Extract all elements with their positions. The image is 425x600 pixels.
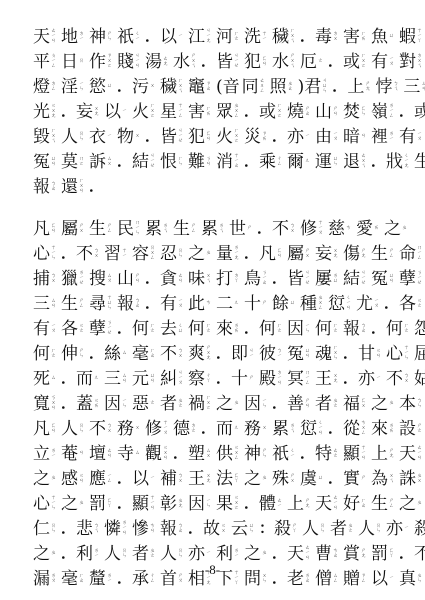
hanzi: 魂 <box>315 344 332 364</box>
hanzi: 愛 <box>356 219 373 239</box>
hanzi: 以 <box>160 27 177 47</box>
annotated-character: 訴ㄙㄨ <box>89 152 115 172</box>
annotated-character: 之ㄓ <box>188 244 214 264</box>
annotated-character: 務ㄨ <box>244 419 270 439</box>
annotated-character: 鳥ㄋㄧㄠ <box>244 269 270 289</box>
hanzi: 同 <box>242 77 259 97</box>
punctuation: ． <box>61 391 76 416</box>
annotated-character: 凡ㄈㄢ <box>259 244 285 264</box>
zhuyin-annotation: ㄕㄢ <box>333 107 341 117</box>
punctuation: ． <box>216 366 231 391</box>
zhuyin-annotation: ㄏㄞ <box>206 107 214 117</box>
zhuyin-annotation: ㄑㄩ <box>178 324 186 334</box>
zhuyin-annotation: ㄦ <box>94 376 102 381</box>
hanzi: 暗 <box>343 127 360 147</box>
annotated-character: 或ㄏㄨㄛ <box>259 102 285 122</box>
annotated-character: 王ㄨㄤ <box>315 369 341 389</box>
zhuyin-annotation: ㄩ <box>389 34 397 39</box>
annotated-character: 天ㄊㄧㄢ <box>287 544 313 564</box>
hanzi: 糾 <box>160 369 177 389</box>
annotated-character: 人ㄖㄣ <box>160 544 186 564</box>
annotated-character: 修ㄒㄧㄡ <box>300 219 326 239</box>
hanzi: 對 <box>399 52 416 72</box>
zhuyin-annotation: ㄍㄜ <box>417 299 425 309</box>
hanzi: 以 <box>104 102 121 122</box>
annotated-character: 報ㄅㄠ <box>343 319 369 339</box>
zhuyin-annotation: ㄊㄢ <box>107 449 115 459</box>
annotated-character: 為ㄨㄟ <box>371 469 397 489</box>
hanzi: 之 <box>33 544 50 564</box>
annotated-character: 災ㄗㄞ <box>244 127 270 147</box>
zhuyin-annotation: ㄕㄣ <box>107 32 115 42</box>
zhuyin-annotation: ㄧ <box>178 34 186 39</box>
annotated-character: 害ㄏㄞ <box>343 27 369 47</box>
punctuation: ． <box>201 416 216 441</box>
hanzi: 察 <box>188 369 205 389</box>
annotated-character: 曹ㄘㄠ <box>315 544 341 564</box>
hanzi: 或 <box>259 102 276 122</box>
zhuyin-annotation: ㄧ <box>376 376 384 381</box>
hanzi: 來 <box>371 419 388 439</box>
hanzi: 湯 <box>145 52 162 72</box>
annotated-character: 感ㄍㄢ <box>61 469 87 489</box>
annotated-character: 上ㄕㄤ <box>287 494 313 514</box>
punctuation: ． <box>343 366 358 391</box>
zhuyin-annotation: ㄩ <box>107 84 115 89</box>
zhuyin-annotation: ㄓ <box>234 401 242 406</box>
hanzi: 之 <box>384 219 401 239</box>
annotated-character: 慾ㄩ <box>89 77 115 97</box>
punctuation: ． <box>61 366 76 391</box>
zhuyin-annotation: ㄕㄤ <box>361 549 369 559</box>
hanzi: 惡 <box>132 394 149 414</box>
zhuyin-annotation: ㄊㄤ <box>163 57 171 67</box>
annotated-character: 難ㄋㄢ <box>188 152 214 172</box>
hanzi: 皆 <box>216 52 233 72</box>
annotated-character: 害ㄏㄞ <box>188 102 214 122</box>
annotated-character: 犯ㄈㄢ <box>244 52 270 72</box>
zhuyin-annotation: ㄩ <box>290 301 298 306</box>
annotated-character: 法ㄈㄚ <box>216 469 242 489</box>
zhuyin-annotation: ㄅㄨ <box>404 374 412 384</box>
annotated-character: 衣ㄧ <box>89 127 115 147</box>
hanzi: 有 <box>33 319 50 339</box>
zhuyin-annotation: ㄑㄧㄤ <box>404 154 412 169</box>
annotated-character: 慘ㄘㄢ <box>132 519 158 539</box>
annotated-character: 心ㄒㄧㄣ <box>33 494 59 514</box>
zhuyin-annotation: ㄅㄨ <box>94 249 102 259</box>
hanzi: 還 <box>61 177 78 197</box>
zhuyin-annotation: ㄌㄟ <box>290 424 298 434</box>
hanzi: 魚 <box>371 27 388 47</box>
hanzi: 天 <box>399 444 416 464</box>
hanzi: 凡 <box>259 244 276 264</box>
annotated-character: 還ㄏㄨㄢ <box>61 177 87 197</box>
hanzi: 設 <box>399 419 416 439</box>
hanzi: 有 <box>371 52 388 72</box>
hanzi: 十 <box>244 294 261 314</box>
zhuyin-annotation: ㄐㄧㄝ <box>305 271 313 286</box>
zhuyin-annotation: ㄕㄤ <box>365 82 373 92</box>
hanzi: 訴 <box>89 152 106 172</box>
annotated-character: 元ㄩㄢ <box>132 369 158 389</box>
annotated-character: 退ㄊㄨㄟ <box>343 152 369 172</box>
hanzi: 竈 <box>188 77 205 97</box>
hanzi: 塑 <box>188 444 205 464</box>
annotated-character: 悲ㄅㄟ <box>76 519 102 539</box>
hanzi: 愆 <box>328 294 345 314</box>
hanzi: 感 <box>61 469 78 489</box>
annotated-character: 有ㄧㄡ <box>33 319 59 339</box>
hanzi: 眾 <box>216 102 233 122</box>
hanzi: 故 <box>203 519 220 539</box>
hanzi: 人 <box>61 127 78 147</box>
zhuyin-annotation: ㄙㄨ <box>206 449 214 459</box>
page-number: -8- <box>0 562 425 578</box>
zhuyin-annotation: ㄏㄨㄛ <box>150 104 158 119</box>
zhuyin-annotation: ㄐㄧㄝ <box>150 154 158 169</box>
annotated-character: 上ㄕㄤ <box>347 77 373 97</box>
hanzi: 何 <box>132 319 149 339</box>
zhuyin-annotation: ㄙㄨ <box>107 157 115 167</box>
annotated-character: 姑ㄍㄨ <box>414 369 425 389</box>
zhuyin-annotation: ㄒㄩㄣ <box>107 296 115 311</box>
annotated-character: 竈ㄗㄠ <box>188 77 214 97</box>
hanzi: 害 <box>343 27 360 47</box>
zhuyin-annotation: ㄖㄣ <box>51 524 59 534</box>
annotated-character: 何ㄏㄜ <box>33 344 59 364</box>
zhuyin-annotation: ㄉㄥ <box>51 82 59 92</box>
zhuyin-annotation: ㄕㄨㄟ <box>290 54 298 69</box>
annotated-character: 江ㄐㄧㄤ <box>188 27 214 47</box>
hanzi: 天 <box>315 494 332 514</box>
hanzi: 而 <box>76 369 93 389</box>
annotated-character: 因ㄧㄣ <box>188 494 214 514</box>
annotated-character: 十ㄕ <box>231 369 257 389</box>
annotated-character: 慈ㄘ <box>328 219 354 239</box>
hanzi: 十 <box>231 369 248 389</box>
hanzi: 生 <box>414 152 425 172</box>
hanzi: 務 <box>244 419 261 439</box>
hanzi: 各 <box>399 294 416 314</box>
annotated-character: 體ㄊㄧ <box>259 494 285 514</box>
zhuyin-annotation: ㄌㄧ <box>389 132 397 142</box>
annotated-character: 天ㄊㄧㄢ <box>33 27 59 47</box>
zhuyin-annotation: ㄧㄡ <box>389 57 397 67</box>
hanzi: 利 <box>216 544 233 564</box>
hanzi: 尤 <box>356 294 373 314</box>
annotated-character: 而ㄦ <box>216 419 242 439</box>
hanzi: 之 <box>216 394 233 414</box>
zhuyin-annotation: ㄕ <box>247 226 255 231</box>
annotated-character: 顯ㄒㄧㄢ <box>132 494 158 514</box>
hanzi: 蝦 <box>399 27 416 47</box>
hanzi: 彰 <box>160 494 177 514</box>
annotated-character: 凡ㄈㄢ <box>33 419 59 439</box>
hanzi: 而 <box>216 419 233 439</box>
punctuation: ． <box>117 74 132 99</box>
hanzi: 補 <box>160 469 177 489</box>
zhuyin-annotation: ㄉㄚ <box>234 274 242 284</box>
zhuyin-annotation: ㄏㄨㄛ <box>361 54 369 69</box>
hanzi: 人 <box>104 544 121 564</box>
zhuyin-annotation: ㄕㄥ <box>79 299 87 309</box>
hanzi: 二 <box>216 294 233 314</box>
punctuation: ． <box>272 391 287 416</box>
hanzi: 務 <box>117 419 134 439</box>
annotated-character: 壇ㄊㄢ <box>89 444 115 464</box>
annotated-character: 怨ㄩㄢ <box>414 319 425 339</box>
hanzi: 孽 <box>89 319 106 339</box>
hanzi: 厄 <box>300 52 317 72</box>
hanzi: 傷 <box>343 244 360 264</box>
hanzi: 山 <box>315 102 332 122</box>
hanzi: 亦 <box>358 369 375 389</box>
annotated-character: 殿ㄉㄧㄢ <box>259 369 285 389</box>
annotated-character: 嶺ㄌㄧㄥ <box>371 102 397 122</box>
annotated-character: 結ㄐㄧㄝ <box>132 152 158 172</box>
zhuyin-annotation: ㄙ <box>135 451 143 456</box>
annotated-character: 賤ㄐㄧㄢ <box>117 52 143 72</box>
zhuyin-annotation: ㄅㄠ <box>51 182 59 192</box>
zhuyin-annotation: ㄋㄢ <box>206 157 214 167</box>
annotated-character: 傷ㄕㄤ <box>343 244 369 264</box>
annotated-character: 憐ㄌㄧㄢ <box>104 519 130 539</box>
zhuyin-annotation: ㄕㄤ <box>361 249 369 259</box>
zhuyin-annotation: ㄧㄣ <box>262 399 270 409</box>
hanzi: 寺 <box>117 444 134 464</box>
annotated-character: 因ㄧㄣ <box>287 319 313 339</box>
annotated-character: 火ㄏㄨㄛ <box>132 102 158 122</box>
hanzi: 或 <box>414 102 425 122</box>
zhuyin-annotation: ㄕㄣ <box>262 449 270 459</box>
text-line: 心ㄒㄧㄣ．不ㄅㄨ習ㄒㄧ容ㄖㄨㄥ忍ㄖㄣ之ㄓ量ㄌㄧㄤ．凡ㄈㄢ屬ㄕㄨ妄ㄨㄤ傷ㄕㄤ生ㄕㄥ… <box>33 241 393 266</box>
punctuation: ． <box>117 316 132 341</box>
zhuyin-annotation: ㄑㄧ <box>290 449 298 459</box>
annotated-character: 爾ㄦ <box>287 152 313 172</box>
hanzi: 獵 <box>61 269 78 289</box>
punctuation: ． <box>89 174 104 199</box>
hanzi: 好 <box>343 494 360 514</box>
zhuyin-annotation: ㄨㄤ <box>94 107 102 117</box>
annotated-character: 厄ㄜ <box>300 52 326 72</box>
hanzi: 罰 <box>89 494 106 514</box>
hanzi: 殺 <box>274 519 291 539</box>
zhuyin-annotation: ㄊㄢ <box>178 274 186 284</box>
zhuyin-annotation: ㄏㄠ <box>361 499 369 509</box>
annotated-character: 生ㄕㄥ <box>61 294 87 314</box>
zhuyin-annotation: ㄕㄨㄟ <box>191 54 199 69</box>
zhuyin-annotation: ㄊㄨㄟ <box>361 154 369 169</box>
punctuation: ． <box>328 416 343 441</box>
zhuyin-annotation: ㄕㄥ <box>389 499 397 509</box>
annotated-character: 寺ㄙ <box>117 444 143 464</box>
text-line: 有ㄧㄡ各ㄍㄜ孽ㄋㄧㄝ．何ㄏㄜ去ㄑㄩ何ㄏㄜ來ㄌㄞ．何ㄏㄜ因ㄧㄣ何ㄏㄜ報ㄅㄠ．何ㄏㄜ… <box>33 316 393 341</box>
annotated-character: 容ㄖㄨㄥ <box>132 244 158 264</box>
zhuyin-annotation: ㄅㄨ <box>290 224 298 234</box>
hanzi: 人 <box>61 419 78 439</box>
hanzi: 不 <box>386 369 403 389</box>
hanzi: 生 <box>173 219 190 239</box>
annotated-character: 洗ㄒㄧ <box>244 27 270 47</box>
annotated-character: 愆ㄑㄧㄢ <box>328 294 354 314</box>
annotated-character: 絲ㄙ <box>104 344 130 364</box>
zhuyin-annotation: ㄖㄣ <box>376 524 384 534</box>
hanzi: 世 <box>229 219 246 239</box>
annotated-character: 水ㄕㄨㄟ <box>173 52 199 72</box>
zhuyin-annotation: ㄌㄧㄝ <box>79 271 87 286</box>
annotated-character: 累ㄌㄟ <box>145 219 171 239</box>
annotated-character: 亦ㄧ <box>188 544 214 564</box>
hanzi: 河 <box>216 27 233 47</box>
annotated-character: 恨ㄏㄣ <box>160 152 186 172</box>
zhuyin-annotation: ㄅㄠ <box>361 324 369 334</box>
hanzi: 之 <box>244 469 261 489</box>
zhuyin-annotation: ㄕㄨ <box>79 224 87 234</box>
annotated-character: 生ㄕㄥ <box>371 244 397 264</box>
punctuation: ． <box>145 266 160 291</box>
hanzi: 污 <box>132 77 149 97</box>
zhuyin-annotation: ㄕㄜ <box>417 424 425 434</box>
hanzi: 水 <box>173 52 190 72</box>
annotated-character: 殊ㄕㄨ <box>272 469 298 489</box>
hanzi: 甘 <box>358 344 375 364</box>
annotated-character: 尋ㄒㄩㄣ <box>89 294 115 314</box>
annotated-character: 因ㄧㄣ <box>244 394 270 414</box>
annotated-character: 報ㄅㄠ <box>117 294 143 314</box>
zhuyin-annotation: ㄈㄚ <box>389 549 397 559</box>
hanzi: 何 <box>33 344 50 364</box>
zhuyin-annotation: ㄊㄧㄢ <box>305 546 313 561</box>
annotated-character: 捕ㄅㄨ <box>33 269 59 289</box>
hanzi: 運 <box>315 152 332 172</box>
zhuyin-annotation: ㄖㄣ <box>79 132 87 142</box>
hanzi: 不 <box>89 419 106 439</box>
annotated-character: 犯ㄈㄢ <box>188 127 214 147</box>
zhuyin-annotation: ㄖㄣ <box>320 524 328 534</box>
hanzi: 因 <box>287 319 304 339</box>
annotated-character: 之ㄓ <box>384 219 410 239</box>
zhuyin-annotation: ㄇㄧㄥ <box>417 246 425 261</box>
zhuyin-annotation: ㄑㄧㄢ <box>318 421 326 436</box>
zhuyin-annotation: ㄕ <box>361 476 369 481</box>
zhuyin-annotation: ㄊㄧㄢ <box>417 446 425 461</box>
hanzi: 裡 <box>371 127 388 147</box>
zhuyin-annotation: ㄒㄧㄣ <box>404 346 412 361</box>
annotated-character: 屢ㄌㄩ <box>315 269 341 289</box>
hanzi: 報 <box>343 319 360 339</box>
zhuyin-annotation: ㄒㄧㄢ <box>150 496 158 511</box>
zhuyin-annotation: ㄖ <box>79 59 87 64</box>
hanzi: 穢 <box>160 77 177 97</box>
zhuyin-annotation: ㄒㄧㄢ <box>361 446 369 461</box>
zhuyin-annotation: ㄈㄚ <box>107 499 115 509</box>
hanzi: 嶺 <box>371 102 388 122</box>
zhuyin-annotation: ㄕㄣ <box>79 349 87 359</box>
hanzi: 蓋 <box>76 394 93 414</box>
hanzi: 菴 <box>61 444 78 464</box>
hanzi: 亦 <box>188 544 205 564</box>
hanzi: 祇 <box>117 27 134 47</box>
annotated-character: 神ㄕㄣ <box>89 27 115 47</box>
punctuation: ． <box>257 216 272 241</box>
annotated-character: 此ㄘ <box>188 294 214 314</box>
hanzi: 悲 <box>76 519 93 539</box>
zhuyin-annotation: ㄈㄢ <box>51 224 59 234</box>
hanzi: 賞 <box>343 544 360 564</box>
annotated-character: 祇ㄑㄧ <box>117 27 143 47</box>
zhuyin-annotation: ㄖㄣ <box>79 424 87 434</box>
zhuyin-annotation: ㄙㄡ <box>107 274 115 284</box>
zhuyin-annotation: ㄏㄜ <box>150 324 158 334</box>
annotated-character: 之ㄓ <box>33 544 59 564</box>
hanzi: 元 <box>132 369 149 389</box>
annotated-character: 毀ㄏㄨㄟ <box>33 127 59 147</box>
paragraph-gap <box>33 199 393 216</box>
zhuyin-annotation: ㄩㄢ <box>389 274 397 284</box>
hanzi: 各 <box>61 319 78 339</box>
annotated-character: 者ㄓㄜ <box>132 544 158 564</box>
zhuyin-annotation: ㄧ <box>150 476 158 481</box>
hanzi: 慈 <box>328 219 345 239</box>
hanzi: 洗 <box>244 27 261 47</box>
zhuyin-annotation: ㄨ <box>135 134 143 139</box>
zhuyin-annotation: ㄅㄨ <box>107 424 115 434</box>
annotated-character: 寬ㄎㄨㄢ <box>33 394 59 414</box>
hanzi: 罰 <box>371 544 388 564</box>
zhuyin-annotation: ㄋㄧㄝ <box>417 271 425 286</box>
hanzi: 本 <box>399 394 416 414</box>
zhuyin-annotation: ㄕㄢ <box>305 399 313 409</box>
punctuation: ． <box>399 99 414 124</box>
annotated-character: 察ㄔㄚ <box>188 369 214 389</box>
hanzi: 為 <box>371 469 388 489</box>
zhuyin-annotation: ㄙㄢ <box>51 299 59 309</box>
zhuyin-annotation: ㄦ <box>234 426 242 431</box>
zhuyin-annotation: ㄇㄛ <box>79 157 87 167</box>
annotated-character: 毫ㄏㄠ <box>132 344 158 364</box>
text-line: 冤ㄩㄢ莫ㄇㄛ訴ㄙㄨ．結ㄐㄧㄝ恨ㄏㄣ難ㄋㄢ消ㄒㄧㄠ．乘ㄔㄥ爾ㄦ運ㄩㄣ退ㄊㄨㄟ．戕ㄑ… <box>33 149 393 174</box>
annotated-character: 利ㄌㄧ <box>76 544 102 564</box>
annotated-character: 果ㄍㄨㄛ <box>216 494 242 514</box>
annotated-character: 殺ㄕㄚ <box>274 519 300 539</box>
zhuyin-annotation: ㄒㄧㄥ <box>178 104 186 119</box>
annotated-character: 山ㄕㄢ <box>117 269 143 289</box>
annotated-character: 生ㄕㄥ <box>371 494 397 514</box>
annotated-character: 獵ㄌㄧㄝ <box>61 269 87 289</box>
annotated-character: 作ㄗㄨㄛ <box>89 52 115 72</box>
hanzi: 不 <box>160 344 177 364</box>
zhuyin-annotation: ㄅㄨ <box>178 349 186 359</box>
annotated-character: 命ㄇㄧㄥ <box>399 244 425 264</box>
zhuyin-annotation: ㄏㄨㄢ <box>79 179 87 194</box>
annotated-character: 焚ㄈㄣ <box>343 102 369 122</box>
annotated-character: 人ㄖㄣ <box>358 519 384 539</box>
hanzi: 死 <box>33 369 50 389</box>
zhuyin-annotation: ㄓㄜ <box>178 399 186 409</box>
annotated-character: 冤ㄩㄢ <box>33 152 59 172</box>
zhuyin-annotation: ㄓㄨㄥ <box>234 104 242 119</box>
hanzi: )君 <box>298 77 322 97</box>
hanzi: 乘 <box>259 152 276 172</box>
hanzi: 貪 <box>160 269 177 289</box>
annotated-character: 三ㄙㄢ <box>104 369 130 389</box>
annotated-character: 云ㄩㄣ <box>231 519 257 539</box>
zhuyin-annotation: ㄅㄨ <box>178 474 186 484</box>
annotated-character: 本ㄅㄣ <box>399 394 425 414</box>
annotated-character: 穢ㄏㄨㄟ <box>160 77 186 97</box>
zhuyin-annotation: ㄨㄟ <box>206 274 214 284</box>
